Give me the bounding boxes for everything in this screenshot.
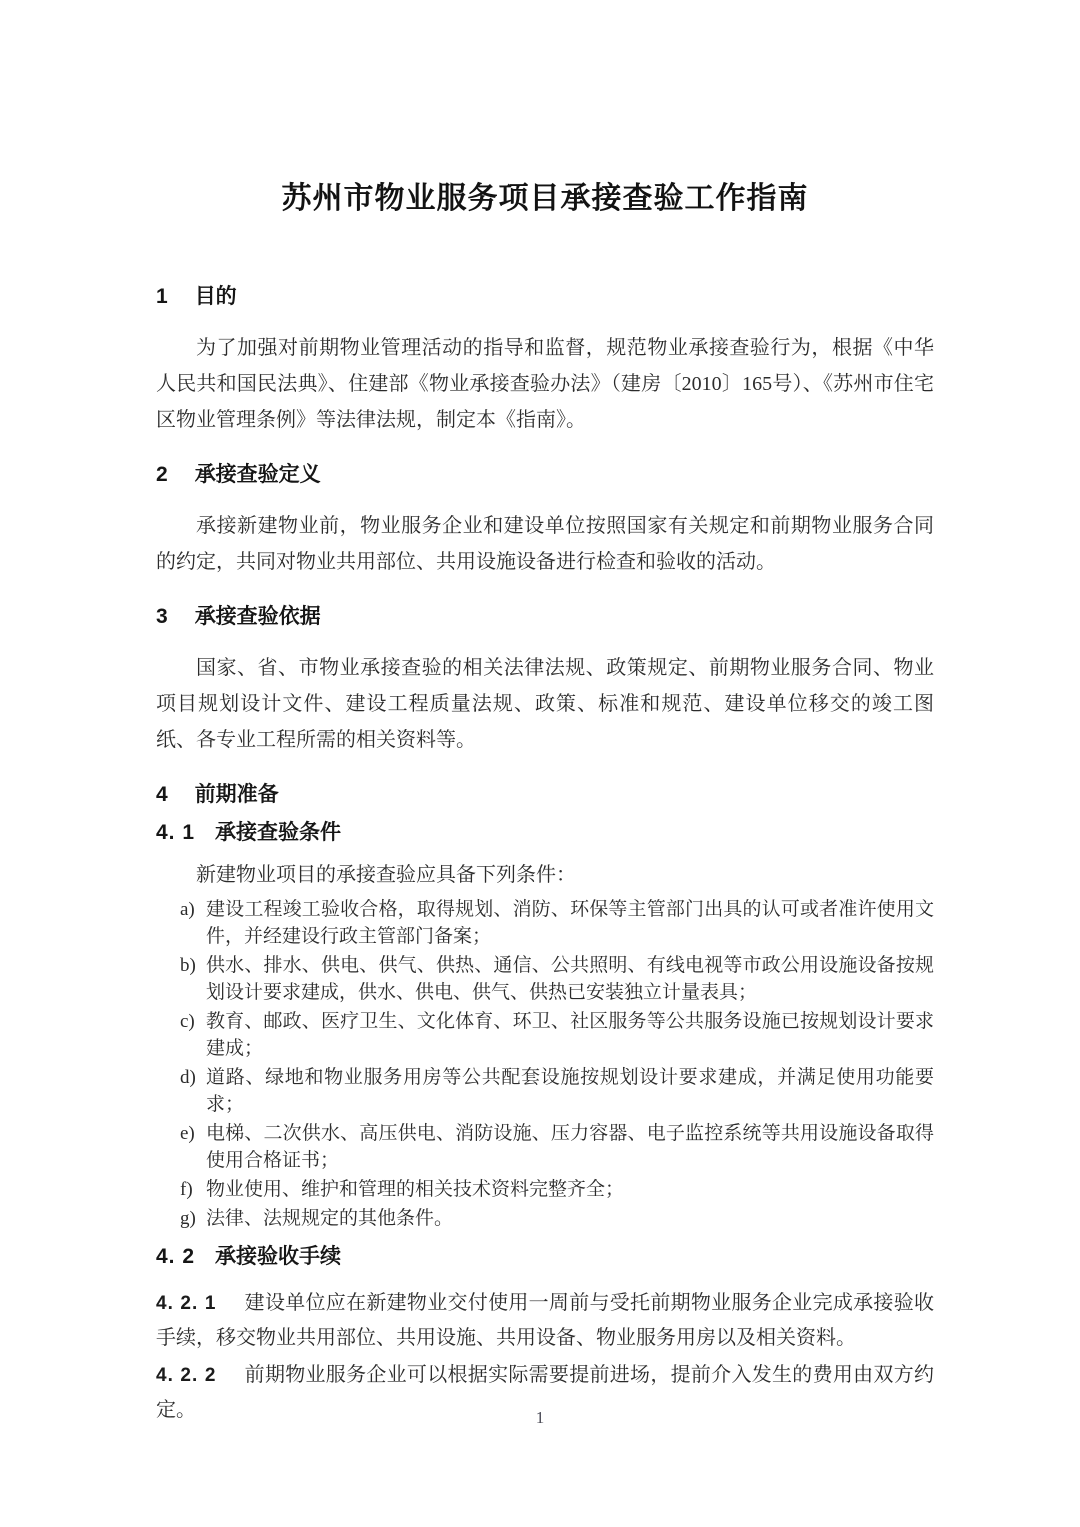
clause-4-2-1: 4. 2. 1建设单位应在新建物业交付使用一周前与受托前期物业服务企业完成承接验… [156,1286,934,1356]
section-1-heading-text: 目的 [195,285,237,308]
section-4-1-number: 4. 1 [156,821,195,844]
list-item-g-label: g) [156,1205,206,1232]
section-3-heading: 3承接查验依据 [156,604,934,630]
section-2-heading: 2承接查验定义 [156,462,934,488]
list-item-d: d)道路、绿地和物业服务用房等公共配套设施按规划设计要求建成，并满足使用功能要求… [156,1064,934,1118]
list-item-f: f)物业使用、维护和管理的相关技术资料完整齐全； [156,1176,934,1203]
section-2-heading-text: 承接查验定义 [195,463,321,486]
section-4-heading: 4前期准备 [156,782,934,808]
list-item-c-label: c) [156,1008,206,1062]
list-item-f-label: f) [156,1176,206,1203]
list-item-c: c)教育、邮政、医疗卫生、文化体育、环卫、社区服务等公共服务设施已按规划设计要求… [156,1008,934,1062]
document-content: 苏州市物业服务项目承接查验工作指南 1目的 为了加强对前期物业管理活动的指导和监… [156,178,934,1428]
section-4-heading-text: 前期准备 [195,783,279,806]
section-2-number: 2 [156,463,169,486]
clause-4-2-2-number: 4. 2. 2 [156,1365,216,1386]
list-item-b-label: b) [156,952,206,1006]
list-item-b-text: 供水、排水、供电、供气、供热、通信、公共照明、有线电视等市政公用设施设备按规划设… [206,952,934,1006]
list-item-e-label: e) [156,1120,206,1174]
section-3-paragraph: 国家、省、市物业承接查验的相关法律法规、政策规定、前期物业服务合同、物业项目规划… [156,650,934,758]
page-number: 1 [0,1408,1080,1428]
list-item-e-text: 电梯、二次供水、高压供电、消防设施、压力容器、电子监控系统等共用设施设备取得使用… [206,1120,934,1174]
section-1-paragraph: 为了加强对前期物业管理活动的指导和监督，规范物业承接查验行为，根据《中华人民共和… [156,330,934,438]
conditions-list: a)建设工程竣工验收合格，取得规划、消防、环保等主管部门出具的认可或者准许使用文… [156,896,934,1232]
section-4-2-heading: 4. 2承接验收手续 [156,1244,934,1270]
section-4-2-number: 4. 2 [156,1245,195,1268]
list-item-a-text: 建设工程竣工验收合格，取得规划、消防、环保等主管部门出具的认可或者准许使用文件，… [206,896,934,950]
list-item-a-label: a) [156,896,206,950]
section-3-heading-text: 承接查验依据 [195,605,321,628]
list-item-g-text: 法律、法规规定的其他条件。 [206,1205,934,1232]
list-item-g: g)法律、法规规定的其他条件。 [156,1205,934,1232]
section-4-1-heading: 4. 1承接查验条件 [156,820,934,846]
list-item-d-label: d) [156,1064,206,1118]
section-2-paragraph: 承接新建物业前，物业服务企业和建设单位按照国家有关规定和前期物业服务合同的约定，… [156,508,934,580]
list-item-d-text: 道路、绿地和物业服务用房等公共配套设施按规划设计要求建成，并满足使用功能要求； [206,1064,934,1118]
section-3-number: 3 [156,605,169,628]
list-item-e: e)电梯、二次供水、高压供电、消防设施、压力容器、电子监控系统等共用设施设备取得… [156,1120,934,1174]
list-item-c-text: 教育、邮政、医疗卫生、文化体育、环卫、社区服务等公共服务设施已按规划设计要求建成… [206,1008,934,1062]
list-item-b: b)供水、排水、供电、供气、供热、通信、公共照明、有线电视等市政公用设施设备按规… [156,952,934,1006]
document-page: 苏州市物业服务项目承接查验工作指南 1目的 为了加强对前期物业管理活动的指导和监… [0,0,1080,1527]
section-4-2-heading-text: 承接验收手续 [215,1245,341,1268]
document-title: 苏州市物业服务项目承接查验工作指南 [156,178,934,220]
clause-4-2-1-number: 4. 2. 1 [156,1293,216,1314]
list-item-a: a)建设工程竣工验收合格，取得规划、消防、环保等主管部门出具的认可或者准许使用文… [156,896,934,950]
list-item-f-text: 物业使用、维护和管理的相关技术资料完整齐全； [206,1176,934,1203]
conditions-intro: 新建物业项目的承接查验应具备下列条件： [156,858,934,892]
section-1-heading: 1目的 [156,284,934,310]
section-4-1-heading-text: 承接查验条件 [215,821,341,844]
section-1-number: 1 [156,285,169,308]
section-4-number: 4 [156,783,169,806]
clause-4-2-1-text: 建设单位应在新建物业交付使用一周前与受托前期物业服务企业完成承接验收手续，移交物… [156,1292,934,1349]
